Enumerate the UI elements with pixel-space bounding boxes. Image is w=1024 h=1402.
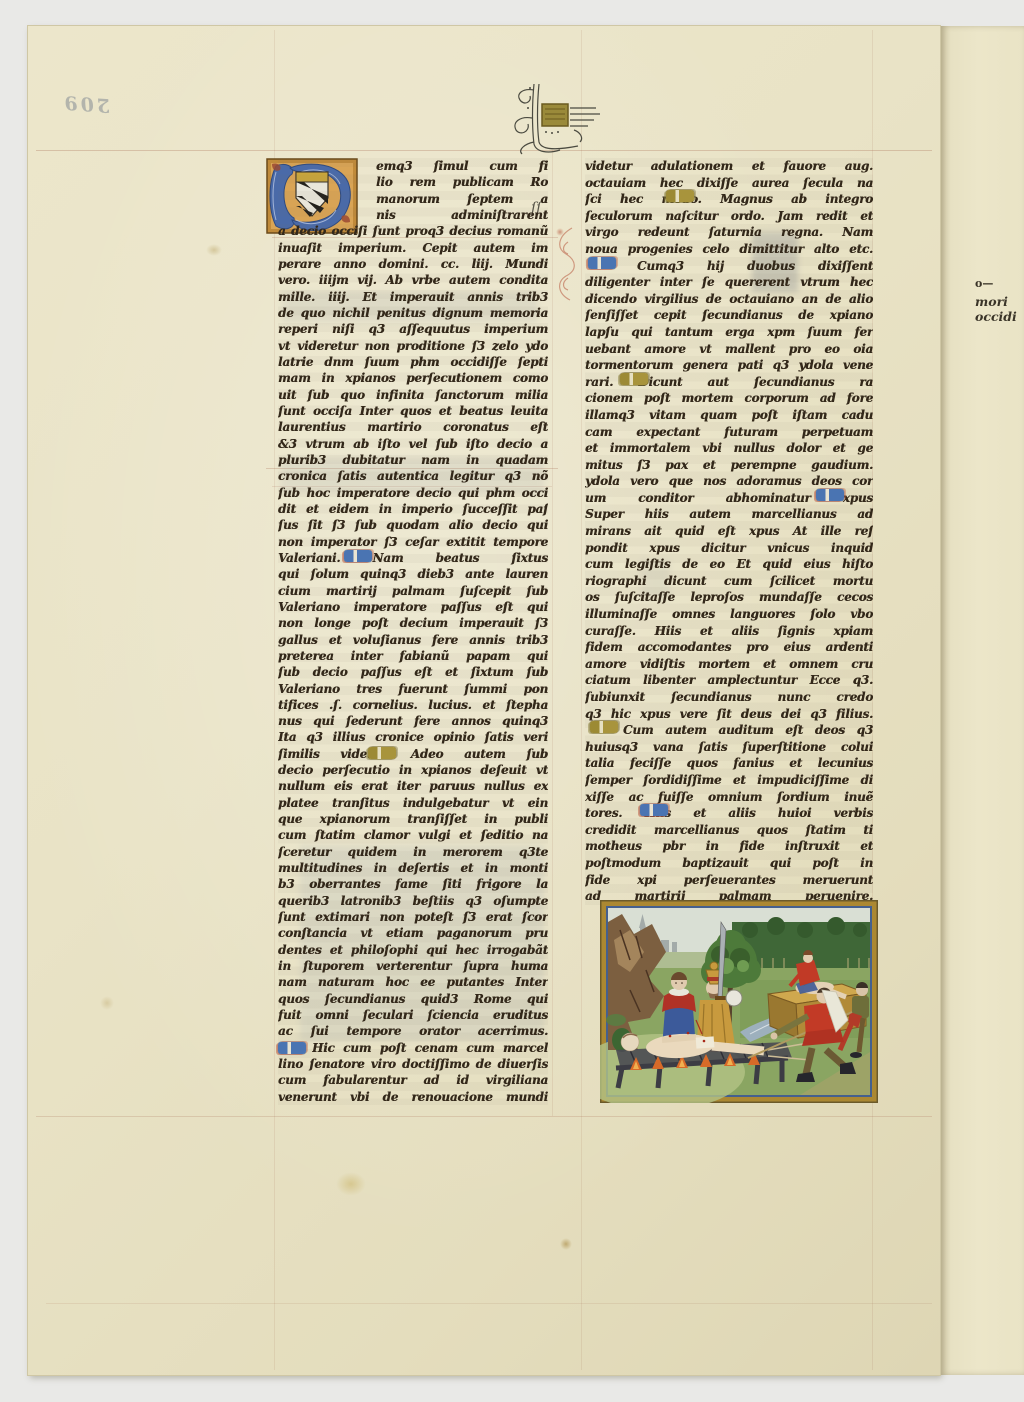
- text-line: dentes et philoſophi qui hec irrogabãt: [278, 942, 548, 958]
- text-line: &3 vtrum ab iſto vel ſub iſto decio a: [278, 436, 548, 452]
- paraph-mark: [344, 550, 372, 562]
- text-line: fuit omni ſeculari ſciencia eruditus: [278, 1007, 548, 1023]
- martyrdom-miniature: [600, 900, 878, 1103]
- text-line: cionem poſt mortem corporum ad fore: [585, 390, 873, 407]
- paraph-mark: [640, 804, 668, 816]
- text-line: cam expectant futuram perpetuam: [585, 424, 873, 441]
- text-line: perare anno domini. cc. liij. Mundi: [278, 256, 548, 272]
- text-line: nis adminiſtrarent: [376, 207, 548, 223]
- text-line: huiusq3 vana ſatis ſuperſtitione colui: [585, 739, 873, 756]
- text-line: cum fabularentur ad id virgiliana: [278, 1072, 548, 1088]
- margin-note-line: mori: [975, 294, 1024, 309]
- paraph-mark: [620, 373, 648, 385]
- paraph-mark: [590, 721, 618, 733]
- text-line: nam naturam hoc ee putantes Inter: [278, 974, 548, 990]
- text-line: motheus pbr in fide inſtruxit et: [585, 838, 873, 855]
- text-line: mirans ait quid eſt xpus At ille reſ: [585, 523, 873, 540]
- text-line: Cumq3 hij duobus dixiſſent: [637, 258, 873, 275]
- miniature-painting: [600, 908, 870, 1103]
- text-line: credidit marcellianus quos ſtatim ti: [585, 822, 873, 839]
- text-line: cronica ſatis autentica legitur q3 nõ: [278, 468, 548, 484]
- text-line: querib3 latronib3 beſtiis q3 oſumpte: [278, 893, 548, 909]
- text-line: de quo nichil penitus dignum memoria: [278, 305, 548, 321]
- text-line: venerunt vbi de renouacione mundi: [278, 1089, 548, 1105]
- text-line: os ſuſcitaſſe leproſos mundaſſe cecos: [585, 589, 873, 606]
- text-line: pondit xpus dicitur vnicus inquid: [585, 540, 873, 557]
- text-line: lio rem publicam Ro: [376, 174, 548, 190]
- text-line: ſunt extimari non poteſt ſ3 erat ſcor: [278, 909, 548, 925]
- paraph-mark: [368, 747, 396, 759]
- paraph-mark: [816, 489, 844, 501]
- penwork-headpiece-icon: [482, 78, 606, 156]
- text-line: cium martirij palmam ſuſcepit ſub: [278, 583, 548, 599]
- text-line: nullum eis erat iter paruus nullus ex: [278, 778, 548, 794]
- text-line: a decio occiſi ſunt proq3 decius romanũ: [278, 223, 548, 239]
- text-line: lino ſenatore viro doctiſſimo de diuerſi…: [278, 1056, 548, 1072]
- text-line: tores. Hiis et aliis huioi verbis: [585, 805, 873, 822]
- gilded-panel: [542, 104, 568, 126]
- text-line: decio perſecutio in xpianos deſeuit vt: [278, 762, 548, 778]
- text-line: preterea inter fabianũ papam qui: [278, 648, 548, 664]
- text-line: ſus ſit ſ3 ſub quodam alio decio qui: [278, 517, 548, 533]
- text-line: non longe poſt decium imperauit ſ3: [278, 615, 548, 631]
- next-folio-edge: [941, 26, 1024, 1375]
- text-line: ſub decio paſſus eſt et ſixtum ſub: [278, 664, 548, 680]
- text-line: Super hiis autem marcellianus ad: [585, 506, 873, 523]
- text-line: mam in xpianos perſecutionem como: [278, 370, 548, 386]
- text-line: laurentius martirio coronatus eſt: [278, 419, 548, 435]
- text-line: ſub hoc imperatore decio qui phm occi: [278, 485, 548, 501]
- text-line: lapſu qui tantum erga xpm ſuum fer: [585, 324, 873, 341]
- text-line: ſenſiſſet cepit ſecundianus de xpiano: [585, 307, 873, 324]
- paraph-mark: [588, 257, 616, 269]
- text-line: mitus ſ3 pax et perempne gaudium.: [585, 457, 873, 474]
- text-line: tormentorum genera pati q3 ydola vene: [585, 357, 873, 374]
- penwork-flourish-icon: [548, 226, 584, 306]
- text-line: poſtmodum baptizauit qui poſt in: [585, 855, 873, 872]
- text-line: Valeriano tres fuerunt ſummi pon: [278, 681, 548, 697]
- text-line: xiſſe ac fuiſſe omnium ſordium inuẽ: [585, 789, 873, 806]
- text-line: illamq3 vitam quam poſt iſtam cadu: [585, 407, 873, 424]
- text-line: emq3 ſimul cum fi: [376, 158, 548, 174]
- text-line: fide xpi perſeuerantes meruerunt: [585, 872, 873, 889]
- text-line: nus qui ſederunt fere annos quinq3: [278, 713, 548, 729]
- text-line: ſci hec modo. Magnus ab integro: [585, 191, 873, 208]
- text-line: conſtancia vt etiam paganorum pru: [278, 925, 548, 941]
- margin-note-line: occidi: [975, 309, 1024, 324]
- text-line: ac ſui tempore orator acerrimus.: [278, 1023, 548, 1039]
- margin-note: o— mori occidi: [975, 276, 1024, 324]
- text-line: uit ſub quo infinita ſanctorum milia: [278, 387, 548, 403]
- text-line: dicendo virgilius de octauiano an de ali…: [585, 291, 873, 308]
- text-line: cum legiſtis de eo Et quid eius hiſto: [585, 556, 873, 573]
- text-line: riographi dicunt cum ſcilicet mortu: [585, 573, 873, 590]
- text-line: octauiam hec dixiſſe aurea ſecula na: [585, 175, 873, 192]
- text-line: ſeculorum naſcitur ordo. Jam redit et: [585, 208, 873, 225]
- text-line: ſimilis videtur. Adeo autem ſub: [278, 746, 548, 762]
- text-line: amore vidiſtis mortem et omnem cru: [585, 656, 873, 673]
- text-line: multitudines in deſertis et in monti: [278, 860, 548, 876]
- text-line: non imperator ſ3 ceſar extitit tempore: [278, 534, 548, 550]
- loincloth: [696, 1036, 715, 1048]
- text-line: in ſtuporem verterentur ſupra huma: [278, 958, 548, 974]
- text-line: manorum ſeptem a: [376, 191, 548, 207]
- photographed-manuscript: 209: [0, 0, 1024, 1402]
- text-line: mille. iiij. Et imperauit annis trib3: [278, 289, 548, 305]
- text-line: videtur adulationem et fauore aug.: [585, 158, 873, 175]
- text-line: illuminaſſe omnes languores ſolo vbo: [585, 606, 873, 623]
- text-line: Cum autem auditum eſt deos q3: [623, 722, 873, 739]
- text-line: ydola vero que nos adoramus deos cor: [585, 473, 873, 490]
- text-line: noua progenies celo dimittitur alto etc.: [585, 241, 873, 258]
- text-line: talia feciſſe quos fanius et lecunius: [585, 755, 873, 772]
- white-orb: [726, 990, 742, 1006]
- text-line: Valeriani. Nam beatus ſixtus: [278, 550, 548, 566]
- text-line: uebant amore vt mallent pro eo oia: [585, 341, 873, 358]
- text-line: reperi niſi q3 aſſequutus imperium: [278, 321, 548, 337]
- text-line: ciatum libenter amplectuntur Ecce q3.: [585, 672, 873, 689]
- text-line: et immortalem vbi nullus dolor et ge: [585, 440, 873, 457]
- text-line: plurib3 dubitatur nam in quadam: [278, 452, 548, 468]
- text-line: ſunt occiſa Inter quos et beatus leuita: [278, 403, 548, 419]
- paraph-mark: [666, 190, 694, 202]
- text-column-left: emq3 ſimul cum filio rem publicam Romano…: [278, 158, 548, 1105]
- text-line: Hic cum poſt cenam cum marcel: [312, 1040, 548, 1056]
- text-line: ſubiunxit ſecundianus nunc credo: [585, 689, 873, 706]
- tie-mark: o—: [975, 276, 1024, 291]
- text-line: diligenter inter ſe quererent vtrum hec: [585, 274, 873, 291]
- text-line: vt videretur non proditione ſ3 zelo ydo: [278, 338, 548, 354]
- folio-number: 209: [45, 90, 110, 117]
- text-column-right: videtur adulationem et fauore aug.octaui…: [585, 158, 873, 905]
- text-line: ſemper ſordidiſſime et impudiciſſime di: [585, 772, 873, 789]
- text-line: platee tranſitus indulgebatur vt ein: [278, 795, 548, 811]
- text-line: fidem accomodantes pro eius ardenti: [585, 639, 873, 656]
- text-line: b3 oberrantes fame ſiti frigore la: [278, 876, 548, 892]
- text-line: que xpianorum tranſiſſet in publi: [278, 811, 548, 827]
- text-line: Ita q3 illius cronice opinio ſatis veri: [278, 729, 548, 745]
- text-line: curaſſe. Hiis et aliis ſignis xpiam: [585, 623, 873, 640]
- text-line: inuaſit imperium. Cepit autem im: [278, 240, 548, 256]
- text-line: virgo redeunt ſaturnia regna. Nam: [585, 224, 873, 241]
- paraph-mark: [278, 1042, 306, 1054]
- text-line: q3 hic xpus vere ſit deus dei q3 filius.: [585, 706, 873, 723]
- text-line: latrie dnm ſuum phm occidiſſe ſepti: [278, 354, 548, 370]
- text-line: qui ſolum quinq3 dieb3 ante lauren: [278, 566, 548, 582]
- text-line: vero. iiijm vij. Ab vrbe autem condita: [278, 272, 548, 288]
- text-line: Valeriano imperatore paſſus eſt qui: [278, 599, 548, 615]
- text-line: quos ſecundianus quid3 Rome qui: [278, 991, 548, 1007]
- text-line: dit et eidem in imperio ſucceſſit paſ: [278, 501, 548, 517]
- text-line: tifices .ſ. cornelius. lucius. et ſtepha: [278, 697, 548, 713]
- text-line: cum ſtatim clamor vulgi et ſeditio na: [278, 827, 548, 843]
- text-line: gallus et voluſianus fere annis trib3: [278, 632, 548, 648]
- text-line: ſceretur quidem in merorem q3te: [278, 844, 548, 860]
